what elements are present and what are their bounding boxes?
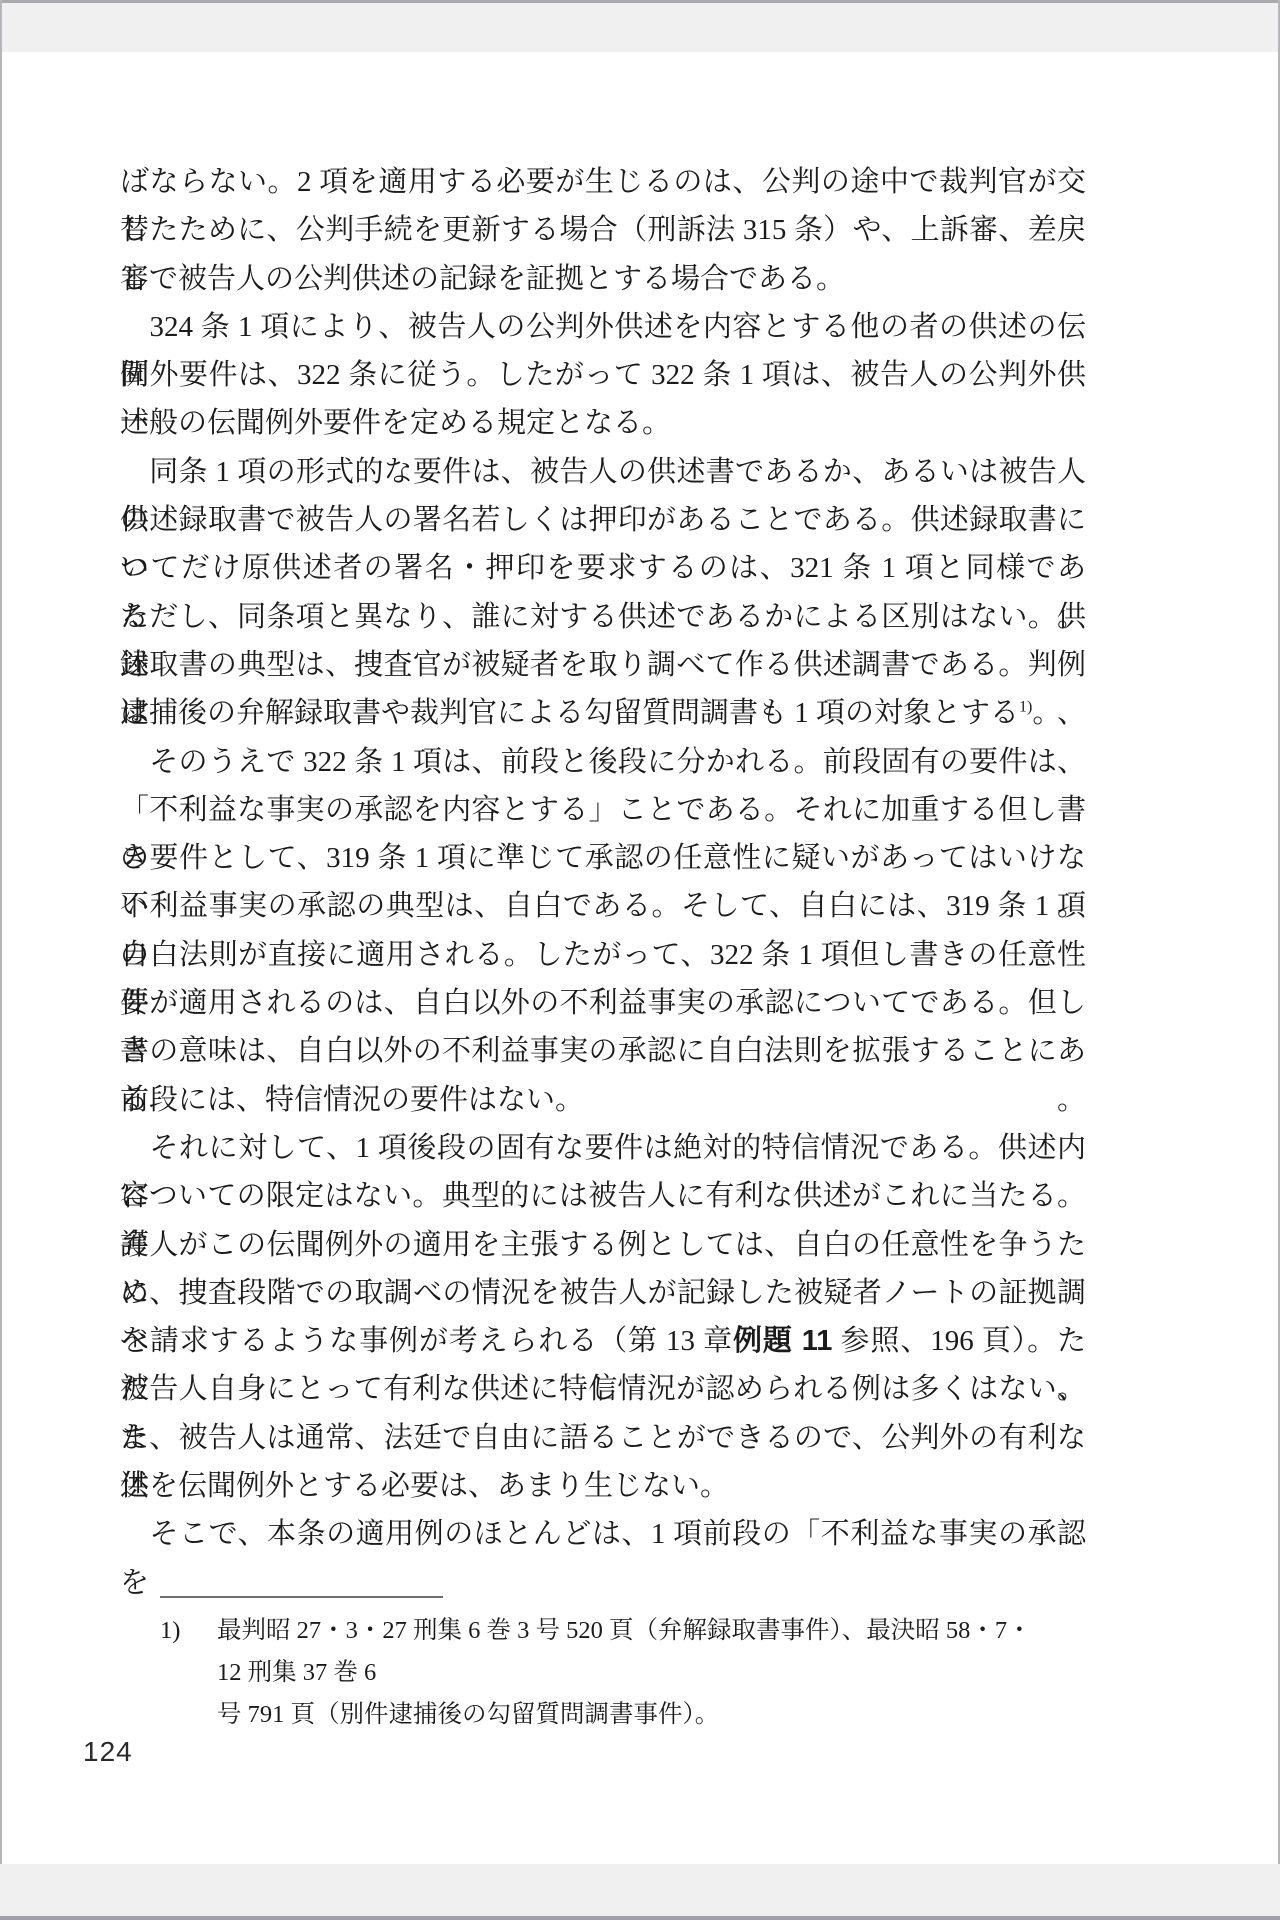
text-line: したために、公判手続を更新する場合（刑訴法 315 条）や、上訴審、差戻し <box>120 206 1086 254</box>
text-line: 被告人自身にとって有利な供述に特信情況が認められる例は多くはない。ま <box>120 1365 1086 1413</box>
viewer-top-band <box>0 0 1280 52</box>
text-line: 324 条 1 項により、被告人の公判外供述を内容とする他の者の供述の伝聞 <box>120 303 1086 351</box>
footnote-text-line: 号 791 頁（別件逮捕後の勾留質問調書事件）。 <box>160 1694 1040 1736</box>
text-line: 例外要件は、322 条に従う。したがって 322 条 1 項は、被告人の公判外供… <box>120 351 1086 399</box>
text-line: 「不利益な事実の承認を内容とする」ことである。それに加重する但し書き <box>120 786 1086 834</box>
text-segment: を請求するような事例が考えられる（第 13 章 <box>120 1325 733 1357</box>
text-line: 不利益事実の承認の典型は、自白である。そして、自白には、319 条 1 項の <box>120 882 1086 930</box>
viewer-bottom-band <box>0 1864 1280 1920</box>
text-line: の要件として、319 条 1 項に準じて承認の任意性に疑いがあってはいけない。 <box>120 834 1086 882</box>
text-line: ばならない。2 項を適用する必要が生じるのは、公判の途中で裁判官が交替 <box>120 158 1086 206</box>
footnote-separator-rule <box>160 1596 443 1598</box>
text-line: きの意味は、自白以外の不利益事実の承認に自白法則を拡張することにある。 <box>120 1027 1086 1075</box>
text-line: についての限定はない。典型的には被告人に有利な供述がこれに当たる。弁 <box>120 1172 1086 1220</box>
text-line: いてだけ原供述者の署名・押印を要求するのは、321 条 1 項と同様である。 <box>120 544 1086 592</box>
text-line: 述を伝聞例外とする必要は、あまり生じない。 <box>120 1462 1086 1510</box>
page-body-text: ばならない。2 項を適用する必要が生じるのは、公判の途中で裁判官が交替 したため… <box>120 158 1086 1559</box>
text-segment: 。 <box>1032 697 1061 729</box>
text-line: 件が適用されるのは、自白以外の不利益事実の承認についてである。但し書 <box>120 979 1086 1027</box>
text-line: それに対して、1 項後段の固有な要件は絶対的特信情況である。供述内容 <box>120 1124 1086 1172</box>
footnote-marker: 1) <box>160 1610 217 1694</box>
text-line: 供述録取書で被告人の署名若しくは押印があることである。供述録取書につ <box>120 496 1086 544</box>
text-line: 同条 1 項の形式的な要件は、被告人の供述書であるか、あるいは被告人の <box>120 448 1086 496</box>
footnote-text-line: 最判昭 27・3・27 刑集 6 巻 3 号 520 頁（弁解録取書事件）、最決… <box>217 1610 1040 1694</box>
text-line: 自白法則が直接に適用される。したがって、322 条 1 項但し書きの任意性要 <box>120 931 1086 979</box>
text-line: そこで、本条の適用例のほとんどは、1 項前段の「不利益な事実の承認を <box>120 1510 1086 1558</box>
text-line: 審で被告人の公判供述の記録を証拠とする場合である。 <box>120 255 1086 303</box>
text-line: 録取書の典型は、捜査官が被疑者を取り調べて作る供述調書である。判例は、 <box>120 641 1086 689</box>
footnote-reference: 1) <box>1019 699 1032 716</box>
footnote: 1) 最判昭 27・3・27 刑集 6 巻 3 号 520 頁（弁解録取書事件）… <box>160 1610 1040 1736</box>
page-number: 124 <box>83 1736 133 1768</box>
text-line: ただし、同条項と異なり、誰に対する供述であるかによる区別はない。供述 <box>120 593 1086 641</box>
text-line: 護人がこの伝聞例外の適用を主張する例としては、自白の任意性を争うため <box>120 1221 1086 1269</box>
text-line: 逮捕後の弁解録取書や裁判官による勾留質問調書も 1 項の対象とする1)。 <box>120 689 1086 737</box>
example-reference-bold: 例題 11 <box>733 1325 832 1357</box>
text-line: 一般の伝聞例外要件を定める規定となる。 <box>120 399 1086 447</box>
text-line: た、被告人は通常、法廷で自由に語ることができるので、公判外の有利な供 <box>120 1414 1086 1462</box>
text-line: を請求するような事例が考えられる（第 13 章例題 11 参照、196 頁）。た… <box>120 1317 1086 1365</box>
text-line: そのうえで 322 条 1 項は、前段と後段に分かれる。前段固有の要件は、 <box>120 738 1086 786</box>
text-segment: 逮捕後の弁解録取書や裁判官による勾留質問調書も 1 項の対象とする <box>120 697 1019 729</box>
viewer-left-edge <box>0 0 2 1920</box>
text-line: に、捜査段階での取調べの情況を被告人が記録した被疑者ノートの証拠調べ <box>120 1269 1086 1317</box>
